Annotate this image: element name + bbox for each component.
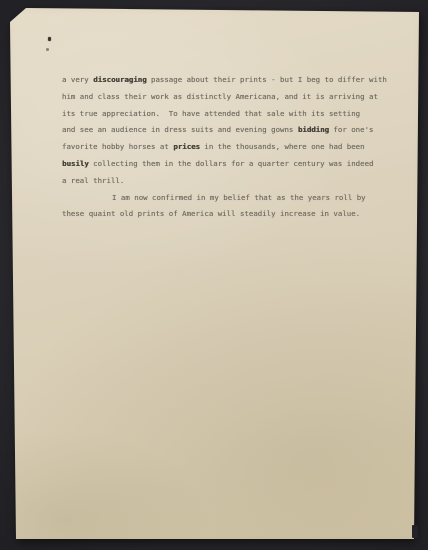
- typed-segment: a very: [62, 75, 93, 84]
- paper-edge-notch: [412, 525, 418, 538]
- overtyped-word: bidding: [298, 125, 329, 134]
- typed-line: these quaint old prints of America will …: [62, 206, 407, 223]
- typed-line: busily collecting them in the dollars fo…: [62, 156, 407, 173]
- typed-segment: favorite hobby horses at: [62, 142, 173, 151]
- overtyped-word: busily: [62, 159, 89, 168]
- typed-segment: its true appreciation. To have attended …: [62, 109, 360, 118]
- ink-mark-large: [48, 37, 51, 41]
- paper-shadow-wrap: a very discouraging passage about their …: [0, 0, 428, 550]
- typed-segment: a real thrill.: [62, 176, 124, 185]
- typed-segment: collecting them in the dollars for a qua…: [89, 159, 374, 168]
- typed-line: a very discouraging passage about their …: [62, 72, 407, 89]
- typed-line: him and class their work as distinctly A…: [62, 89, 407, 106]
- typed-text-block: a very discouraging passage about their …: [62, 72, 407, 223]
- photographed-document: a very discouraging passage about their …: [0, 0, 428, 550]
- typed-segment: I am now confirmed in my belief that as …: [112, 193, 366, 202]
- typed-line: and see an audience in dress suits and e…: [62, 122, 407, 139]
- typed-segment: in the thousands, where one had been: [200, 142, 365, 151]
- manuscript-paper: a very discouraging passage about their …: [0, 0, 428, 550]
- ink-mark-small: [46, 48, 49, 51]
- overtyped-word: discouraging: [93, 75, 146, 84]
- overtyped-word: prices: [173, 142, 200, 151]
- typed-line: I am now confirmed in my belief that as …: [62, 190, 407, 207]
- typed-line: a real thrill.: [62, 173, 407, 190]
- typed-line: its true appreciation. To have attended …: [62, 106, 407, 123]
- typed-segment: and see an audience in dress suits and e…: [62, 125, 298, 134]
- typed-segment: for one's: [329, 125, 374, 134]
- typed-segment: him and class their work as distinctly A…: [62, 92, 378, 101]
- typed-segment: passage about their prints - but I beg t…: [147, 75, 387, 84]
- typed-line: favorite hobby horses at prices in the t…: [62, 139, 407, 156]
- typed-segment: these quaint old prints of America will …: [62, 209, 360, 218]
